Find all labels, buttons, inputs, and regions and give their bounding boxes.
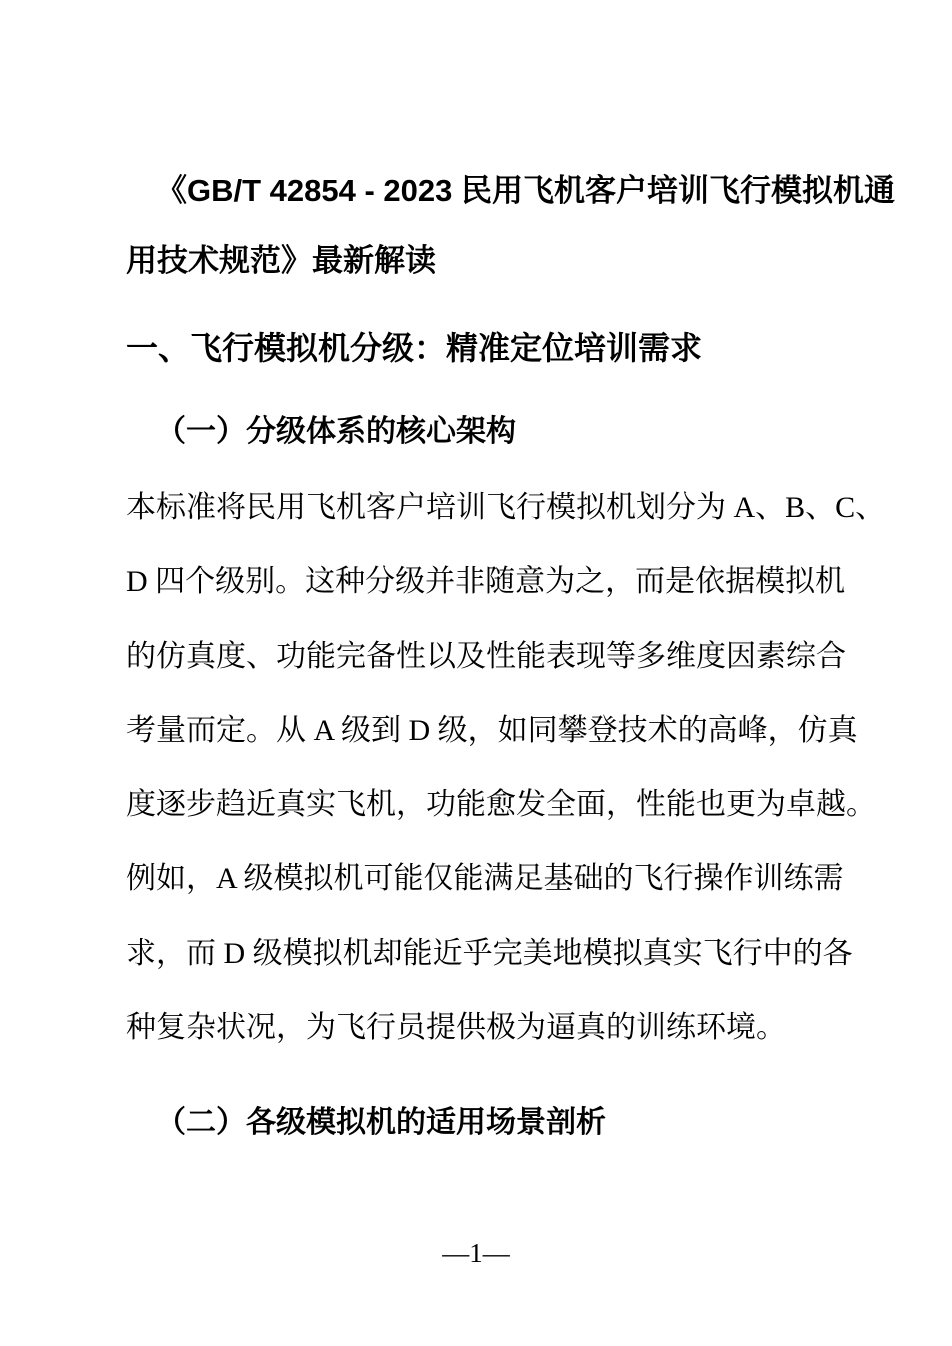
body-line-3: 的仿真度、功能完备性以及性能表现等多维度因素综合 xyxy=(126,620,848,694)
document-page: 《GB/T 42854 - 2023 民用飞机客户培训飞行模拟机通 用技术规范》… xyxy=(0,0,952,1346)
subsection-heading-1: （一）分级体系的核心架构 xyxy=(126,410,916,454)
section-heading-1: 一、飞行模拟机分级：精准定位培训需求 xyxy=(126,325,886,371)
document-title: 《GB/T 42854 - 2023 民用飞机客户培训飞行模拟机通 用技术规范》… xyxy=(126,156,886,296)
page-number: —1— xyxy=(0,1236,952,1270)
body-line-4: 考量而定。从 A 级到 D 级，如同攀登技术的高峰，仿真 xyxy=(126,694,848,768)
title-line-2: 用技术规范》最新解读 xyxy=(126,226,886,296)
body-line-7: 求，而 D 级模拟机却能近乎完美地模拟真实飞行中的各 xyxy=(126,917,848,991)
body-line-5: 度逐步趋近真实飞机，功能愈发全面，性能也更为卓越。 xyxy=(126,768,848,842)
body-line-6: 例如，A 级模拟机可能仅能满足基础的飞行操作训练需 xyxy=(126,842,848,916)
body-paragraph: 本标准将民用飞机客户培训飞行模拟机划分为 A、B、C、 D 四个级别。这种分级并… xyxy=(126,471,848,1065)
body-line-2: D 四个级别。这种分级并非随意为之，而是依据模拟机 xyxy=(126,545,848,619)
body-line-8: 种复杂状况，为飞行员提供极为逼真的训练环境。 xyxy=(126,991,848,1065)
subsection-heading-2: （二）各级模拟机的适用场景剖析 xyxy=(126,1101,916,1145)
body-line-1: 本标准将民用飞机客户培训飞行模拟机划分为 A、B、C、 xyxy=(126,471,848,545)
title-line-1: 《GB/T 42854 - 2023 民用飞机客户培训飞行模拟机通 xyxy=(126,156,886,226)
